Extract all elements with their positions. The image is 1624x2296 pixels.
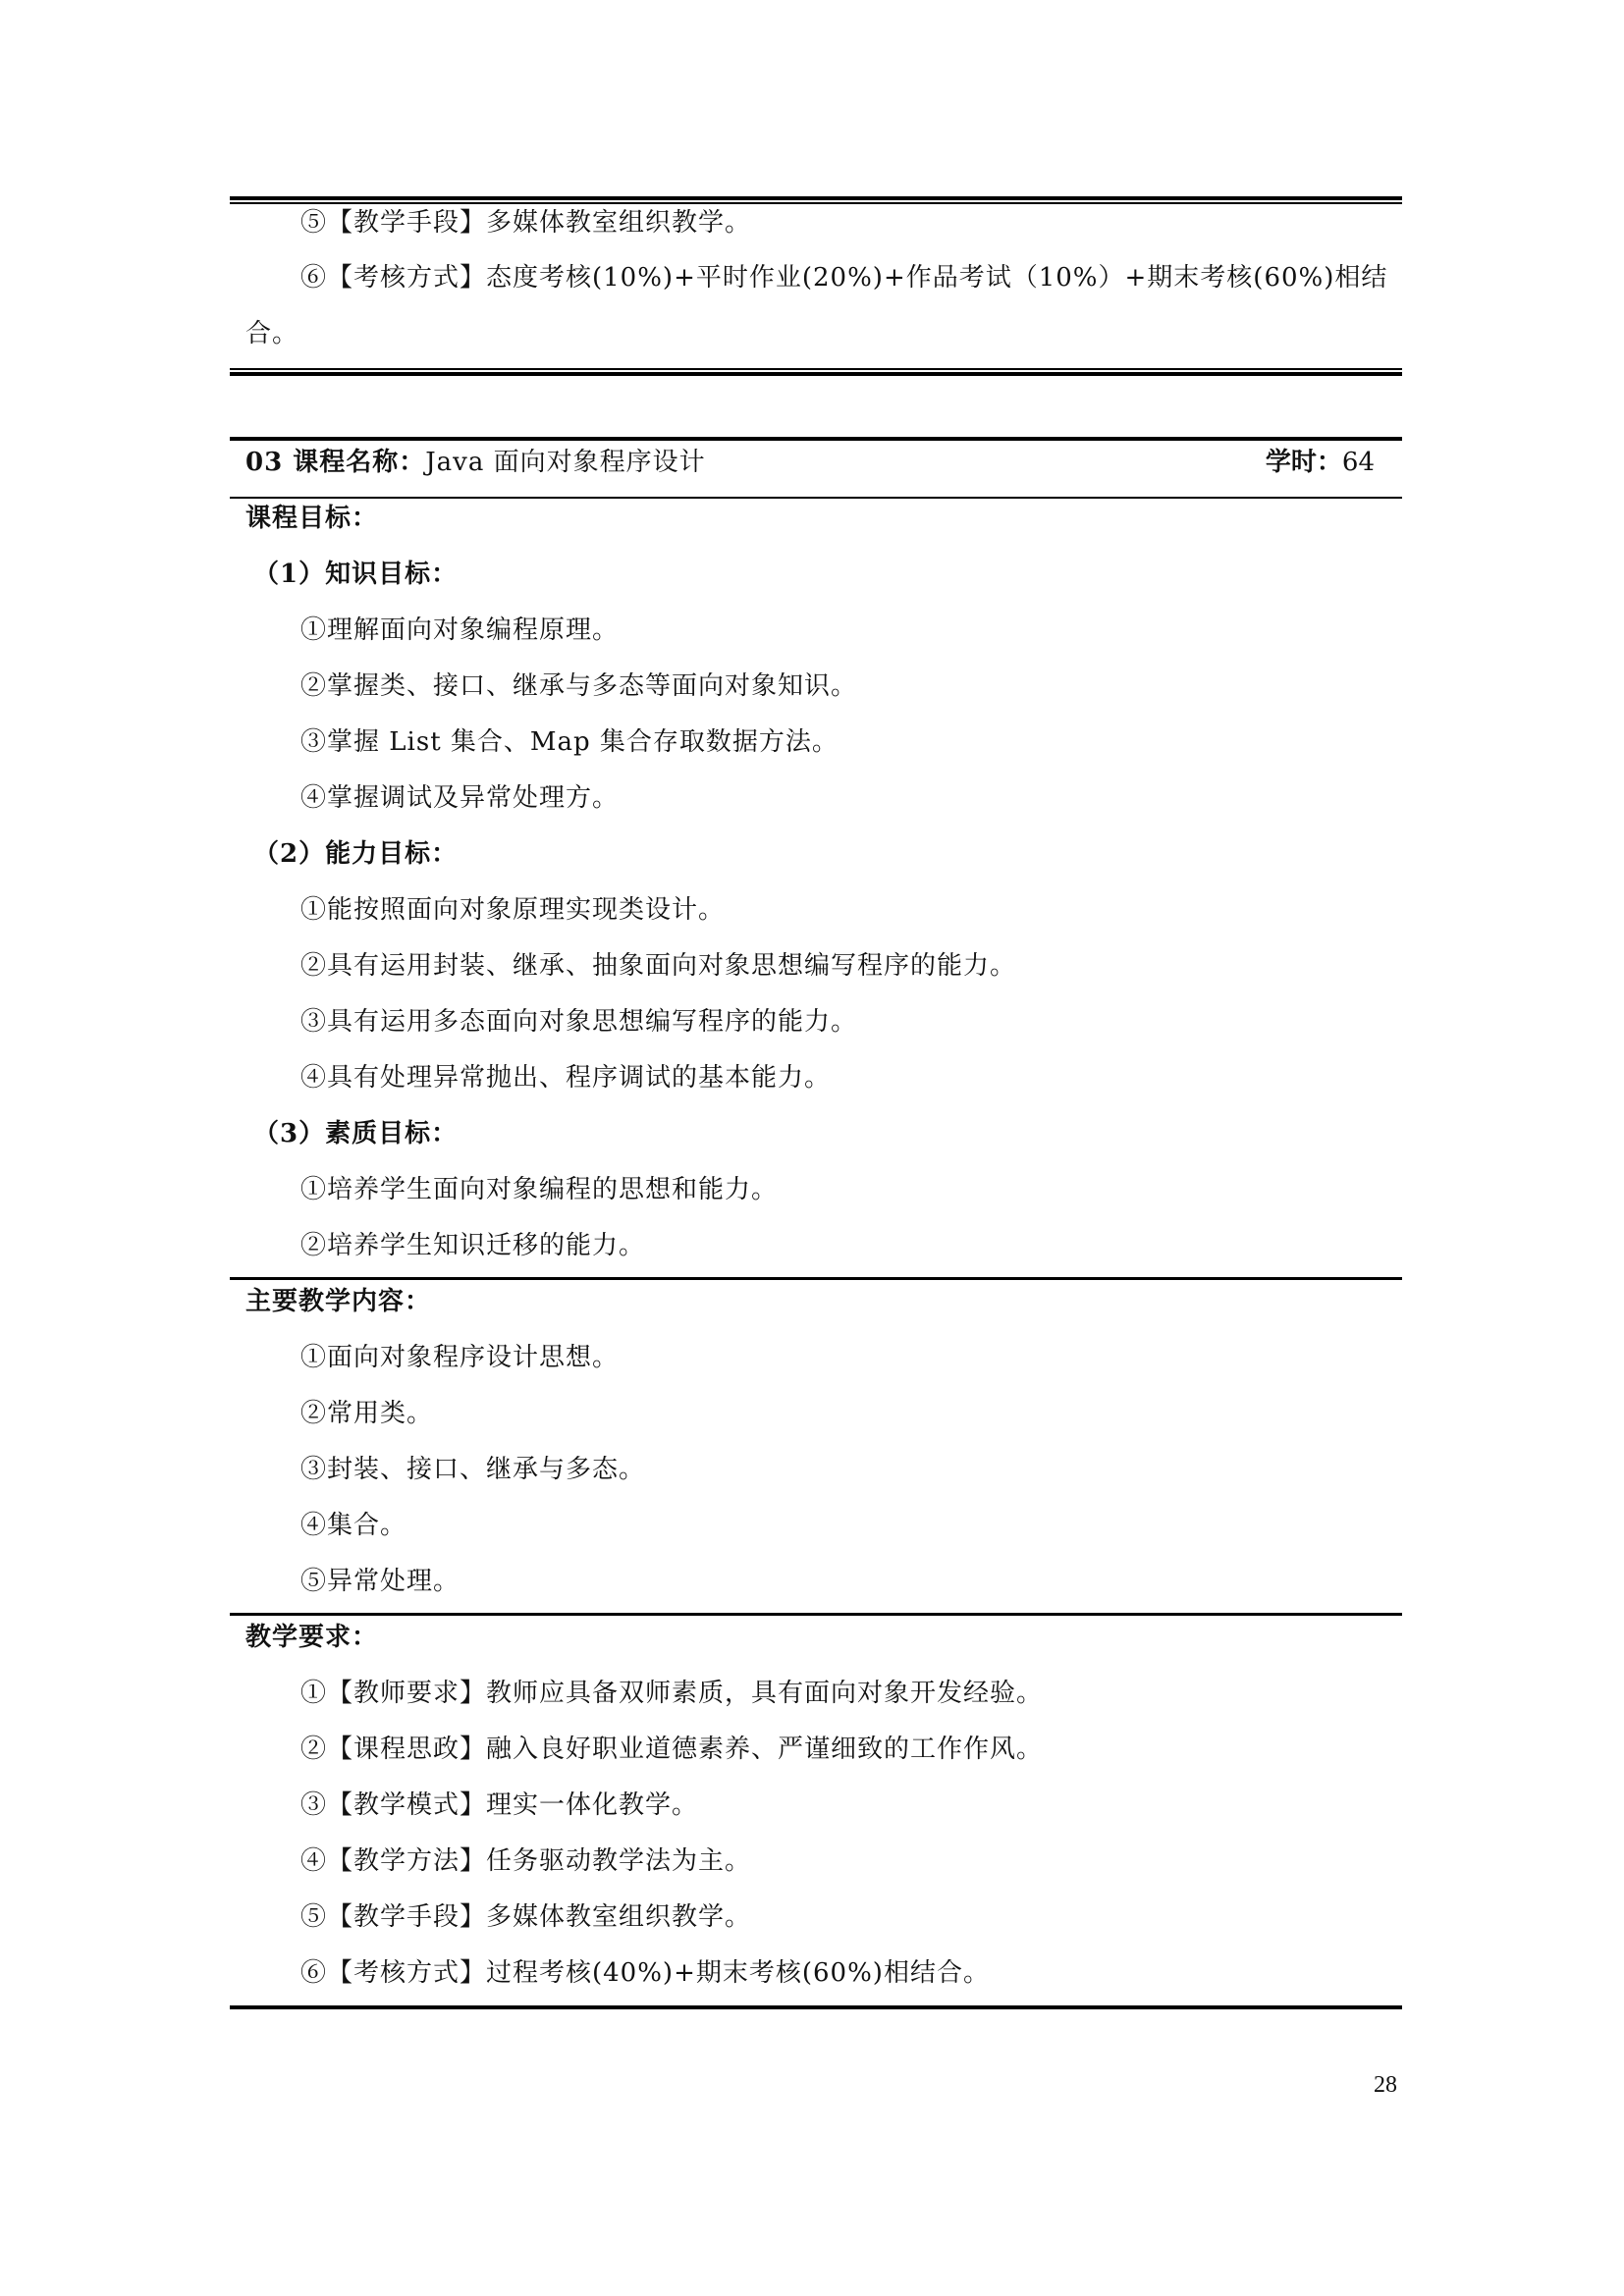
content-heading: 主要教学内容： [245,1286,431,1317]
course-number-label: 03 课程名称： [245,448,425,477]
objectives-heading: 课程目标： [245,503,378,534]
requirement-item: ①【教师要求】教师应具备双师素质，具有面向对象开发经验。 [300,1678,1043,1709]
requirements-heading: 教学要求： [245,1622,378,1653]
hours-label: 学时： [1266,448,1342,477]
knowledge-item: ③掌握 List 集合、Map 集合存取数据方法。 [300,726,839,758]
quality-heading: （3）素质目标： [253,1118,458,1149]
prev-item-6: ⑥【考核方式】态度考核(10%)+平时作业(20%)+作品考试（10%）+期末考… [300,262,1387,294]
content-item: ⑤异常处理。 [300,1566,460,1597]
page-number: 28 [1374,2072,1397,2099]
hours-value: 64 [1342,448,1375,477]
content-item: ②常用类。 [300,1398,433,1429]
content-item: ③封装、接口、继承与多态。 [300,1454,645,1485]
top-rule-thick [230,196,1402,200]
requirement-item: ③【教学模式】理实一体化教学。 [300,1789,698,1821]
top-rule-thin [230,202,1402,204]
quality-item: ①培养学生面向对象编程的思想和能力。 [300,1174,778,1205]
ability-item: ④具有处理异常抛出、程序调试的基本能力。 [300,1062,831,1094]
bottom-rule [230,2005,1402,2009]
requirement-item: ②【课程思政】融入良好职业道德素养、严谨细致的工作作风。 [300,1734,1043,1765]
section-end-rule-thin [230,368,1402,370]
knowledge-item: ②掌握类、接口、继承与多态等面向对象知识。 [300,670,857,702]
requirement-item: ⑤【教学手段】多媒体教室组织教学。 [300,1901,751,1933]
requirement-item: ④【教学方法】任务驱动教学法为主。 [300,1845,751,1877]
ability-item: ③具有运用多态面向对象思想编写程序的能力。 [300,1006,857,1038]
prev-item-6-cont: 合。 [245,318,298,349]
course-header-top-rule [230,437,1402,441]
requirement-item: ⑥【考核方式】过程考核(40%)+期末考核(60%)相结合。 [300,1957,990,1989]
knowledge-item: ①理解面向对象编程原理。 [300,614,619,646]
knowledge-item: ④掌握调试及异常处理方。 [300,782,619,814]
content-item: ④集合。 [300,1510,406,1541]
requirements-rule [230,1613,1402,1616]
ability-item: ②具有运用封装、继承、抽象面向对象思想编写程序的能力。 [300,950,1016,982]
knowledge-heading: （1）知识目标： [253,559,458,590]
quality-item: ②培养学生知识迁移的能力。 [300,1230,645,1261]
prev-item-5: ⑤【教学手段】多媒体教室组织教学。 [300,207,751,239]
content-rule [230,1277,1402,1280]
course-hours: 学时：64 [1266,447,1375,478]
course-name: Java 面向对象程序设计 [425,448,705,477]
ability-heading: （2）能力目标： [253,838,458,870]
course-header-bottom-rule [230,497,1402,499]
course-title: 03 课程名称：Java 面向对象程序设计 [245,447,706,478]
ability-item: ①能按照面向对象原理实现类设计。 [300,894,725,926]
section-end-rule-thick [230,372,1402,376]
content-item: ①面向对象程序设计思想。 [300,1342,619,1373]
